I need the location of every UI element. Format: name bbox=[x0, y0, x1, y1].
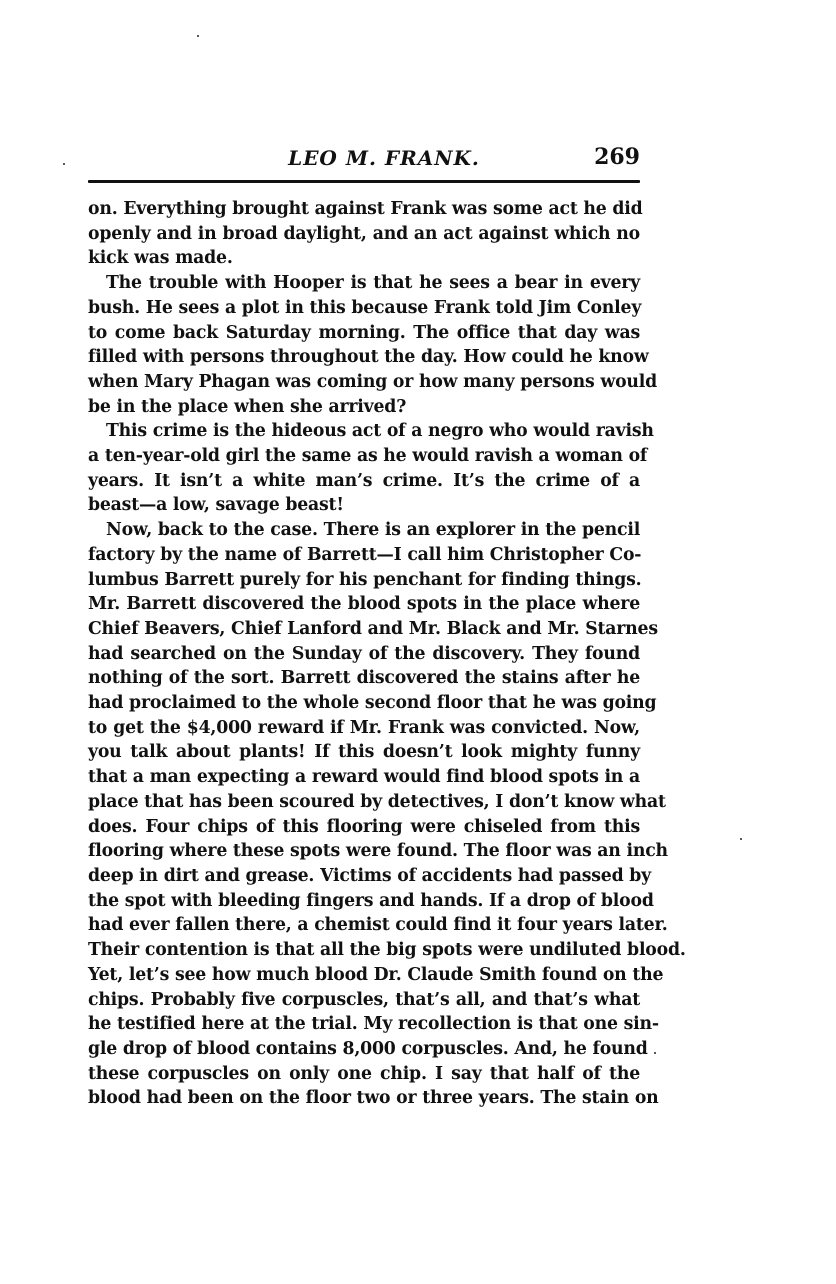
text-line: on. Everything brought against Frank was… bbox=[88, 197, 640, 222]
running-head: LEO M. FRANK. 269 bbox=[88, 140, 640, 176]
text-line: a ten-year-old girl the same as he would… bbox=[88, 444, 640, 469]
text-line: nothing of the sort. Barrett discovered … bbox=[88, 666, 640, 691]
text-line: deep in dirt and grease. Victims of acci… bbox=[88, 864, 640, 889]
text-line: Now, back to the case. There is an explo… bbox=[88, 518, 640, 543]
text-line: had proclaimed to the whole second floor… bbox=[88, 691, 640, 716]
text-line: does. Four chips of this flooring were c… bbox=[88, 815, 640, 840]
text-line: years. It isn’t a white man’s crime. It’… bbox=[88, 469, 640, 494]
text-line: when Mary Phagan was coming or how many … bbox=[88, 370, 640, 395]
text-line: This crime is the hideous act of a negro… bbox=[88, 419, 640, 444]
running-title: LEO M. FRANK. bbox=[88, 146, 640, 170]
text-line: filled with persons throughout the day. … bbox=[88, 345, 640, 370]
text-line: gle drop of blood contains 8,000 corpusc… bbox=[88, 1037, 640, 1062]
text-line: factory by the name of Barrett—I call hi… bbox=[88, 543, 640, 568]
scan-speck bbox=[197, 35, 199, 37]
paragraph: The trouble with Hooper is that he sees … bbox=[88, 271, 640, 419]
body-text: on. Everything brought against Frank was… bbox=[88, 197, 640, 1111]
scan-speck bbox=[654, 1052, 656, 1054]
text-line: Chief Beavers, Chief Lanford and Mr. Bla… bbox=[88, 617, 640, 642]
text-line: lumbus Barrett purely for his penchant f… bbox=[88, 568, 640, 593]
text-line: openly and in broad daylight, and an act… bbox=[88, 222, 640, 247]
text-line: place that has been scoured by detective… bbox=[88, 790, 640, 815]
text-line: beast—a low, savage beast! bbox=[88, 493, 640, 518]
text-line: that a man expecting a reward would find… bbox=[88, 765, 640, 790]
text-line: be in the place when she arrived? bbox=[88, 395, 640, 420]
text-line: the spot with bleeding fingers and hands… bbox=[88, 889, 640, 914]
text-line: chips. Probably five corpuscles, that’s … bbox=[88, 988, 640, 1013]
text-line: you talk about plants! If this doesn’t l… bbox=[88, 740, 640, 765]
text-line: Mr. Barrett discovered the blood spots i… bbox=[88, 592, 640, 617]
text-line: had ever fallen there, a chemist could f… bbox=[88, 913, 640, 938]
paragraph: Now, back to the case. There is an explo… bbox=[88, 518, 640, 1111]
text-line: blood had been on the floor two or three… bbox=[88, 1086, 640, 1111]
page-number: 269 bbox=[594, 144, 640, 170]
text-line: these corpuscles on only one chip. I say… bbox=[88, 1062, 640, 1087]
text-line: bush. He sees a plot in this because Fra… bbox=[88, 296, 640, 321]
text-line: to get the $4,000 reward if Mr. Frank wa… bbox=[88, 716, 640, 741]
text-line: Their contention is that all the big spo… bbox=[88, 938, 640, 963]
scan-speck bbox=[63, 163, 65, 165]
book-page: LEO M. FRANK. 269 on. Everything brought… bbox=[88, 140, 640, 1111]
text-line: The trouble with Hooper is that he sees … bbox=[88, 271, 640, 296]
text-line: flooring where these spots were found. T… bbox=[88, 839, 640, 864]
paragraph: on. Everything brought against Frank was… bbox=[88, 197, 640, 271]
text-line: kick was made. bbox=[88, 246, 640, 271]
header-rule bbox=[88, 180, 640, 183]
text-line: Yet, let’s see how much blood Dr. Claude… bbox=[88, 963, 640, 988]
text-line: had searched on the Sunday of the discov… bbox=[88, 642, 640, 667]
paragraph: This crime is the hideous act of a negro… bbox=[88, 419, 640, 518]
text-line: to come back Saturday morning. The offic… bbox=[88, 321, 640, 346]
text-line: he testified here at the trial. My recol… bbox=[88, 1012, 640, 1037]
scan-speck bbox=[740, 838, 742, 840]
